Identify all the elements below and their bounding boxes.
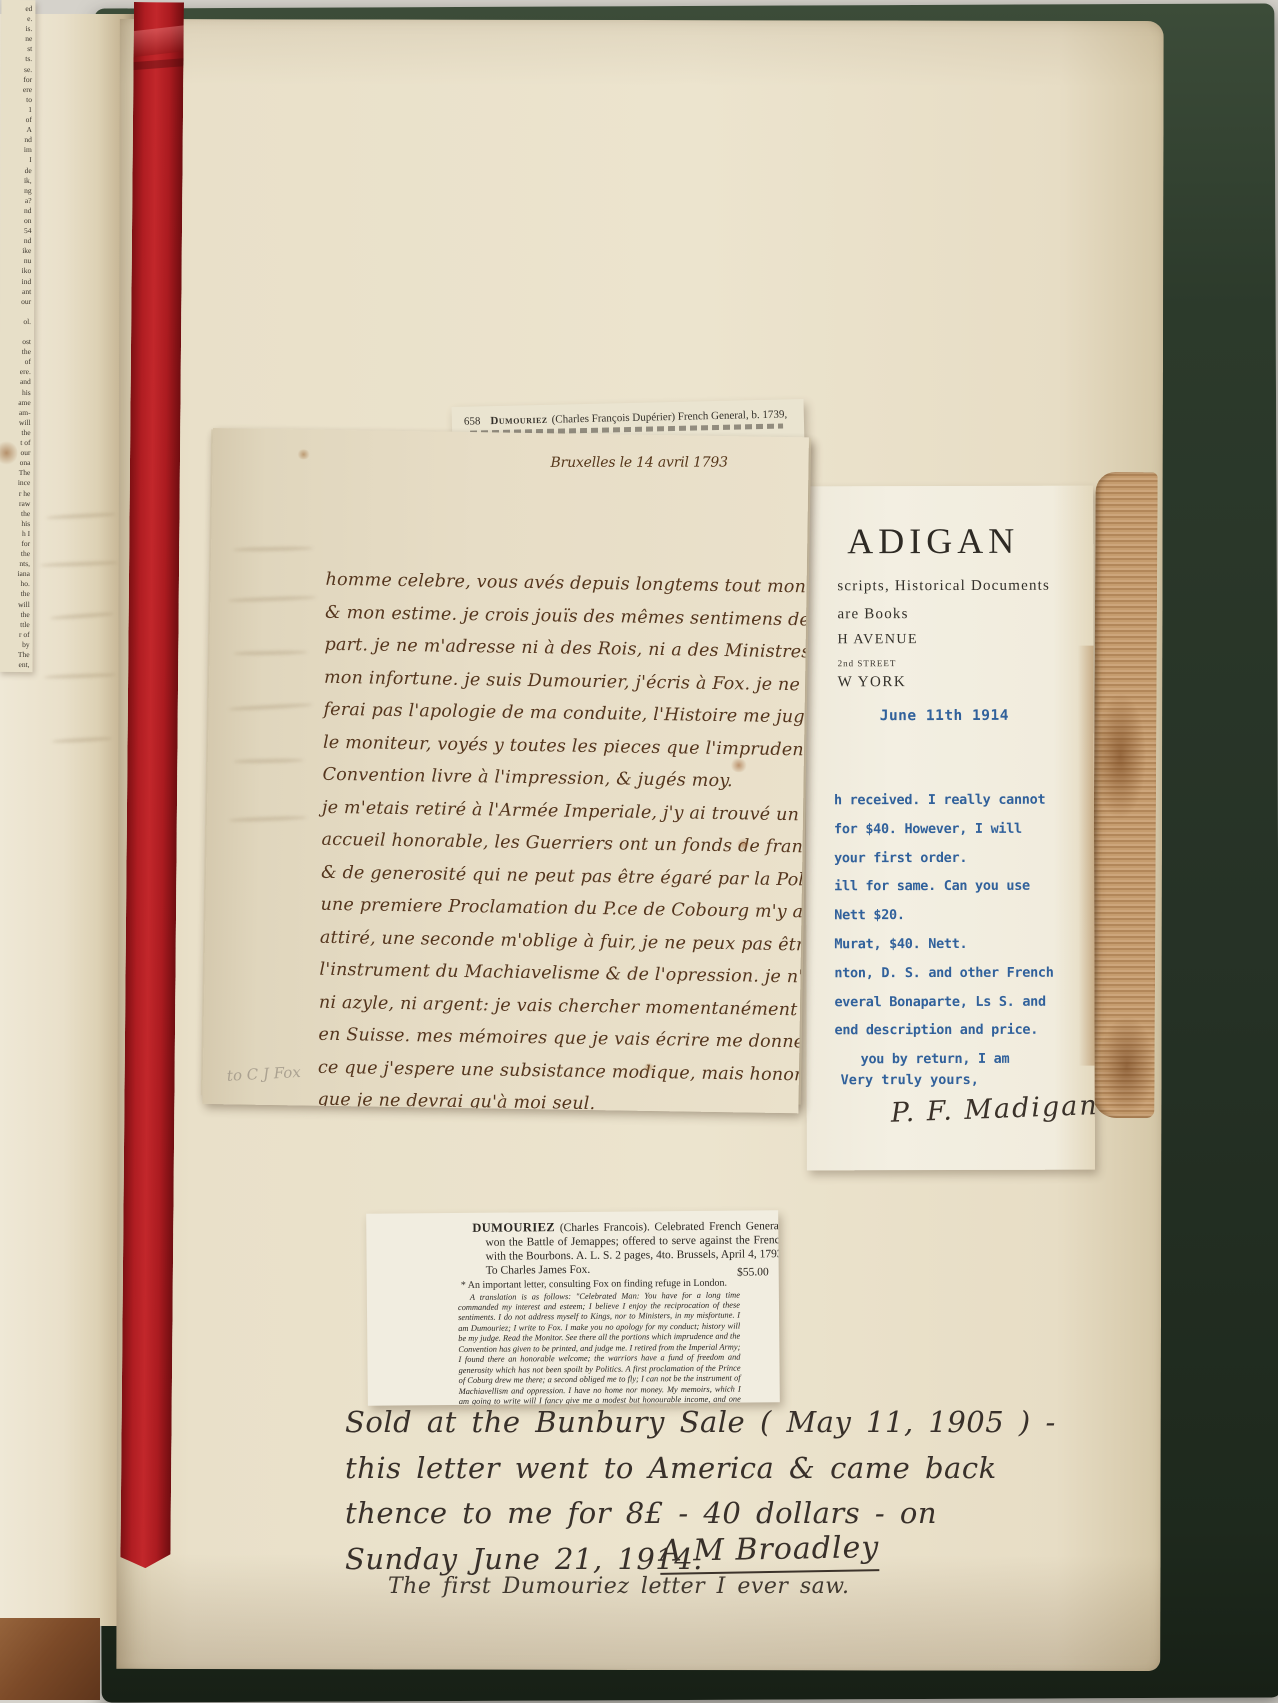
pencil-annotation: to C J Fox	[226, 1063, 301, 1085]
letterhead-line2: are Books	[837, 606, 908, 623]
show-through-mark	[234, 758, 304, 763]
foxing-spot	[297, 449, 311, 459]
column-fragment: a?	[1, 196, 32, 206]
letterhead-line5: W YORK	[838, 674, 907, 691]
column-fragment: is.	[1, 24, 32, 34]
provenance-line: Sold at the Bunbury Sale ( May 11, 1905 …	[345, 1400, 985, 1446]
ribbon-fold-shadow	[133, 58, 183, 70]
column-fragment	[0, 327, 31, 337]
column-fragment: the	[0, 610, 30, 620]
column-fragment: ost	[0, 337, 31, 347]
typed-line: nton, D. S. and other French	[834, 958, 1094, 987]
manuscript-body: homme celebre, vous avés depuis longtems…	[317, 564, 809, 1113]
column-fragment: ion,	[0, 670, 30, 672]
madigan-typed-letter: ADIGAN scripts, Historical Documents are…	[805, 486, 1095, 1171]
column-fragment: for	[1, 75, 32, 85]
column-fragment: The	[0, 468, 30, 478]
show-through-mark	[50, 612, 114, 620]
show-through-mark	[40, 561, 118, 568]
letterhead-line4: 2nd STREET	[838, 658, 897, 668]
column-fragment: r of	[0, 630, 30, 640]
column-fragment: nd	[1, 206, 32, 216]
newspaper-column-edge: ede.is.nestts.se.forereto1ofAndimIdeik,n…	[0, 0, 35, 672]
column-fragment: of	[1, 115, 32, 125]
column-fragment: the	[0, 549, 30, 559]
column-fragment: nd	[0, 236, 31, 246]
column-fragment: our	[0, 297, 31, 307]
column-fragment: e.	[1, 14, 32, 24]
column-fragment: by	[0, 640, 30, 650]
column-fragment: the	[0, 347, 31, 357]
show-through-mark	[233, 546, 313, 552]
provenance-line: this letter went to America & came back	[345, 1446, 985, 1492]
column-fragment: ttle	[0, 620, 30, 630]
column-fragment: 54	[0, 226, 31, 236]
column-fragment: im	[1, 145, 32, 155]
show-through-mark	[233, 650, 307, 655]
letterhead-line3: H AVENUE	[837, 632, 918, 648]
column-fragment: of	[0, 357, 31, 367]
column-fragment: will	[0, 418, 31, 428]
catalog-heading-name: DUMOURIEZ	[472, 1220, 555, 1235]
foxing-spot	[643, 1063, 655, 1072]
column-fragment: ike	[0, 246, 31, 256]
column-fragment: on	[0, 216, 31, 226]
catalog-entry-text: (Charles François Dupérier) French Gener…	[552, 408, 788, 425]
page-fore-edge-stack	[1092, 472, 1157, 1118]
typed-line: everal Bonaparte, Ls S. and	[834, 987, 1094, 1016]
column-fragment: iana	[0, 569, 30, 579]
show-through-mark	[229, 703, 313, 712]
column-fragment: h I	[0, 529, 30, 539]
column-fragment: his	[0, 387, 31, 397]
column-fragment: ent,	[0, 660, 30, 670]
show-through-mark	[46, 512, 116, 520]
typed-closing: Very truly yours,	[841, 1072, 979, 1088]
column-fragment: st	[1, 44, 32, 54]
column-fragment: ed	[1, 4, 32, 14]
catalog-entry-name: Dumouriez	[490, 414, 548, 427]
column-fragment: ind	[0, 276, 31, 286]
typed-letter-body: h received. I really cannotfor $40. Howe…	[834, 786, 1095, 1075]
show-through-mark	[52, 736, 112, 743]
column-fragment: ant	[0, 287, 31, 297]
typed-line: ill for same. Can you use	[834, 872, 1094, 901]
column-fragment: se.	[1, 64, 32, 74]
column-fragment: nts,	[0, 559, 30, 569]
catalog-description-clipping: DUMOURIEZ (Charles Francois). Celebrated…	[366, 1210, 780, 1406]
column-fragment: raw	[0, 499, 30, 509]
column-fragment: r he	[0, 488, 30, 498]
catalog-translation: A translation is as follows: "Celebrated…	[458, 1290, 742, 1406]
typed-line: h received. I really cannot	[834, 786, 1094, 815]
catalog-number: 658	[464, 415, 481, 427]
provenance-footnote: The first Dumouriez letter I ever saw.	[388, 1574, 849, 1599]
column-fragment: ne	[1, 34, 32, 44]
provenance-line: thence to me for 8£ - 40 dollars - on	[345, 1491, 985, 1537]
typed-line: Murat, $40. Nett.	[834, 930, 1094, 959]
letterhead-name: ADIGAN	[847, 520, 1019, 562]
ribbon-fold	[134, 25, 184, 57]
column-fragment: ere	[1, 85, 32, 95]
column-fragment: ince	[0, 478, 30, 488]
show-through-mark	[44, 673, 116, 680]
column-fragment: to	[1, 95, 32, 105]
typed-line: your first order.	[834, 843, 1094, 872]
column-fragment: ng	[1, 186, 32, 196]
column-fragment: nu	[0, 256, 31, 266]
column-fragment: ere.	[0, 367, 31, 377]
catalog-heading: DUMOURIEZ (Charles Francois). Celebrated…	[472, 1218, 780, 1278]
broadley-signature: A M Broadley	[660, 1530, 880, 1575]
typed-line: end description and price.	[834, 1016, 1094, 1045]
column-fragment: A	[1, 125, 32, 135]
column-fragment: de	[1, 165, 32, 175]
show-through-mark	[228, 595, 316, 602]
column-fragment: nd	[1, 135, 32, 145]
column-fragment: ho.	[0, 579, 30, 589]
typed-line: for $40. However, I will	[834, 814, 1094, 843]
column-fragment: I	[1, 155, 32, 165]
foxing-spot	[736, 838, 750, 850]
typed-line: you by return, I am	[861, 1045, 1095, 1074]
catalog-price: $55.00	[737, 1266, 769, 1278]
column-fragment: the	[0, 589, 30, 599]
typed-date: June 11th 1914	[880, 708, 1009, 724]
manuscript-dateline: Bruxelles le 14 avril 1793	[550, 455, 727, 471]
column-fragment: 1	[1, 105, 32, 115]
column-fragment: The	[0, 650, 30, 660]
column-fragment: ol.	[0, 317, 31, 327]
show-through-mark	[229, 815, 307, 822]
column-fragment: ame	[0, 398, 31, 408]
letterhead-line1: scripts, Historical Documents	[837, 578, 1050, 596]
column-fragment: for	[0, 539, 30, 549]
column-fragment: the	[0, 509, 30, 519]
column-fragment: the	[0, 428, 31, 438]
foxing-spot	[730, 758, 748, 772]
column-fragment: his	[0, 519, 30, 529]
column-fragment: ik,	[1, 176, 32, 186]
column-fragment: will	[0, 599, 30, 609]
column-fragment: ts.	[1, 54, 32, 64]
dumouriez-manuscript-letter: Bruxelles le 14 avril 1793 homme celebre…	[202, 428, 809, 1113]
column-fragment	[0, 307, 31, 317]
leather-spine-corner	[0, 1618, 100, 1700]
typed-line: Nett $20.	[834, 901, 1094, 930]
column-fragment: iko	[0, 266, 31, 276]
photograph-of-open-album: 658Dumouriez(Charles François Dupérier) …	[0, 0, 1278, 1700]
column-fragment: am-	[0, 408, 31, 418]
column-fragment: and	[0, 377, 31, 387]
madigan-signature: P. F. Madigan	[890, 1090, 1095, 1129]
